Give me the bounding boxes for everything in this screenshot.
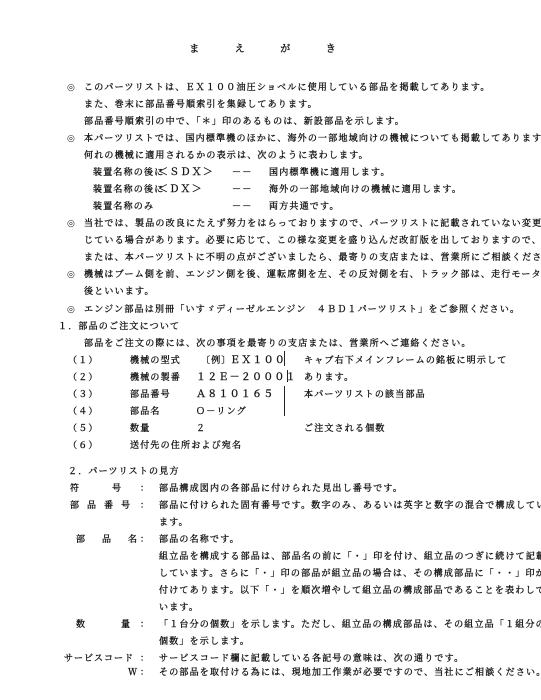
field-desc: サービスコード欄に記載している各記号の意味は、次の通りです。 — [159, 654, 464, 665]
section1-intro: 部品をご注文の際には、次の事項を最寄りの支店または、営業所へご連絡ください。 — [84, 339, 472, 350]
applicability-dash: －－ — [232, 185, 252, 196]
order-item-num: （３） — [68, 390, 99, 401]
order-item-num: （２） — [68, 373, 99, 384]
bullet-mark: ◎ — [67, 83, 75, 93]
order-item-num: （４） — [68, 407, 99, 418]
preface-line: このパーツリストは、ＥＸ１００油圧ショベルに使用している部品を掲載してあります。 — [84, 83, 491, 94]
field-colon: ： — [140, 501, 150, 512]
bullet-mark: ◎ — [67, 305, 75, 315]
page-title: ま え が き — [0, 44, 541, 55]
bullet-mark: ◎ — [67, 134, 75, 144]
brace-line — [287, 370, 288, 382]
field-label-symbol: 符 号 — [70, 484, 126, 495]
preface-line: 何れの機械に適用されるかの表示は、次のように表わします。 — [84, 151, 369, 162]
preface-line: 後といいます。 — [84, 287, 155, 298]
preface-line: 機械はブーム側を前、エンジン側を後、運転席側を左、その反対側を右、トラック部は、… — [84, 270, 541, 281]
preface-line: 当社では、製品の改良にたえず努力をはらっておりますので、パーツリストに記載されて… — [84, 219, 541, 230]
bullet-mark: ◎ — [67, 270, 75, 280]
applicability-label: 装置名称の後に — [93, 185, 164, 196]
order-item-num: （６） — [68, 441, 99, 452]
preface-line: 本パーツリストでは、国内標準機のほかに、海外の一部地域向けの機械についても掲載し… — [84, 134, 541, 145]
order-item-label: 部品名 — [130, 407, 161, 418]
order-item-label: 数量 — [130, 424, 150, 435]
applicability-dash: －－ — [232, 168, 252, 179]
order-item-example: 〔例〕 — [201, 356, 232, 367]
brace-line — [284, 386, 285, 416]
applicability-code: ＜ＳＤＸ＞ — [158, 167, 214, 178]
order-item-note: ご注文される個数 — [304, 424, 386, 435]
order-item-num: （１） — [68, 356, 99, 367]
field-desc: 部品構成図内の各部品に付けられた見出し番号です。 — [159, 484, 403, 495]
order-item-label: 送付先の住所および宛名 — [130, 441, 242, 452]
field-desc: 「１台分の個数」を示します。ただし、組立品の構成部品は、その組立品「１組分の — [159, 620, 541, 631]
manual-page: ま え が き ◎ このパーツリストは、ＥＸ１００油圧ショベルに使用している部品… — [0, 0, 541, 700]
field-desc: います。 — [159, 603, 199, 614]
field-desc: 組立品を構成する部品は、部品名の前に「・」印を付け、組立品のつぎに続けて記載 — [159, 552, 541, 563]
preface-line: 部品番号順索引の中で、「＊」印のあるものは、新設部品を示します。 — [84, 117, 405, 128]
field-desc: しています。さらに「・」印の部品が組立品の場合は、その構成部品に「・・」印が — [159, 569, 541, 580]
field-desc: ます。 — [159, 518, 189, 529]
order-item-note: 本パーツリストの該当部品 — [304, 390, 426, 401]
field-colon: ： — [140, 654, 150, 665]
section1-heading: １．部品のご注文について — [58, 322, 180, 333]
order-item-value: Ａ８１０１６５ — [196, 389, 274, 400]
order-item-value: ＥＸ１００ — [230, 355, 286, 366]
field-label-quantity: 数 量 — [76, 620, 136, 631]
applicability-desc: 両方共通です。 — [269, 202, 340, 213]
field-colon: ： — [140, 620, 150, 631]
order-item-label: 部品番号 — [130, 390, 171, 401]
order-item-note: あります。 — [304, 373, 354, 384]
field-desc: 個数」を示します。 — [159, 637, 250, 648]
field-desc: 部品に付けられた固有番号です。数字のみ、あるいは英字と数字の混合で構成してい — [159, 501, 541, 512]
applicability-code: ＜ＤＸ＞ — [158, 184, 203, 195]
field-desc: 付けてあります。以下「・」を順次増やして組立品の構成部品であることを表わして — [159, 586, 541, 597]
order-item-value: １２Ｅ－２０００１ — [196, 372, 297, 383]
brace-line — [284, 351, 285, 366]
field-colon: ： — [140, 535, 150, 546]
preface-line: じている場合があります。必要に応じて、この様な変更を盛り込んだ改訂版を出しており… — [84, 236, 541, 247]
preface-line: または、本パーツリストに不明の点がございましたら、最寄りの支店または、営業所にご… — [84, 253, 541, 264]
preface-line: また、巻末に部品番号順索引を集録してあります。 — [84, 100, 318, 111]
order-item-num: （５） — [68, 424, 99, 435]
service-code-desc: その部品を取付ける為には、現地加工作業が必要ですので、当社にご相談ください。 — [159, 668, 541, 679]
field-colon: ： — [140, 484, 150, 495]
service-code: Ｗ — [128, 668, 138, 679]
order-item-value: Ｏ－リング — [196, 407, 247, 418]
order-item-note: キャブ右下メインフレームの銘板に明示して — [304, 356, 507, 367]
preface-line: エンジン部品は別冊「いすゞディーゼルエンジン ４ＢＤ１パーツリスト」をご参照くだ… — [84, 305, 520, 316]
field-label-part-name: 部 品 名 — [76, 535, 141, 546]
field-colon: ： — [140, 668, 150, 679]
section2-heading: ２．パーツリストの見方 — [68, 467, 180, 478]
bullet-mark: ◎ — [67, 219, 75, 229]
field-label-service-code: サービスコード — [64, 654, 134, 665]
order-item-label: 機械の型式 — [130, 356, 181, 367]
order-item-label: 機械の製番 — [130, 373, 181, 384]
field-desc: 部品の名称です。 — [159, 535, 240, 546]
applicability-desc: 国内標準機に適用します。 — [269, 168, 391, 179]
applicability-dash: －－ — [232, 202, 252, 213]
applicability-label: 装置名称の後に — [93, 168, 164, 179]
field-label-part-number: 部品番号 — [70, 501, 138, 512]
applicability-desc: 海外の一部地域向けの機械に適用します。 — [269, 185, 462, 196]
order-item-value: ２ — [196, 424, 206, 435]
applicability-label: 装置名称のみ — [93, 202, 154, 213]
